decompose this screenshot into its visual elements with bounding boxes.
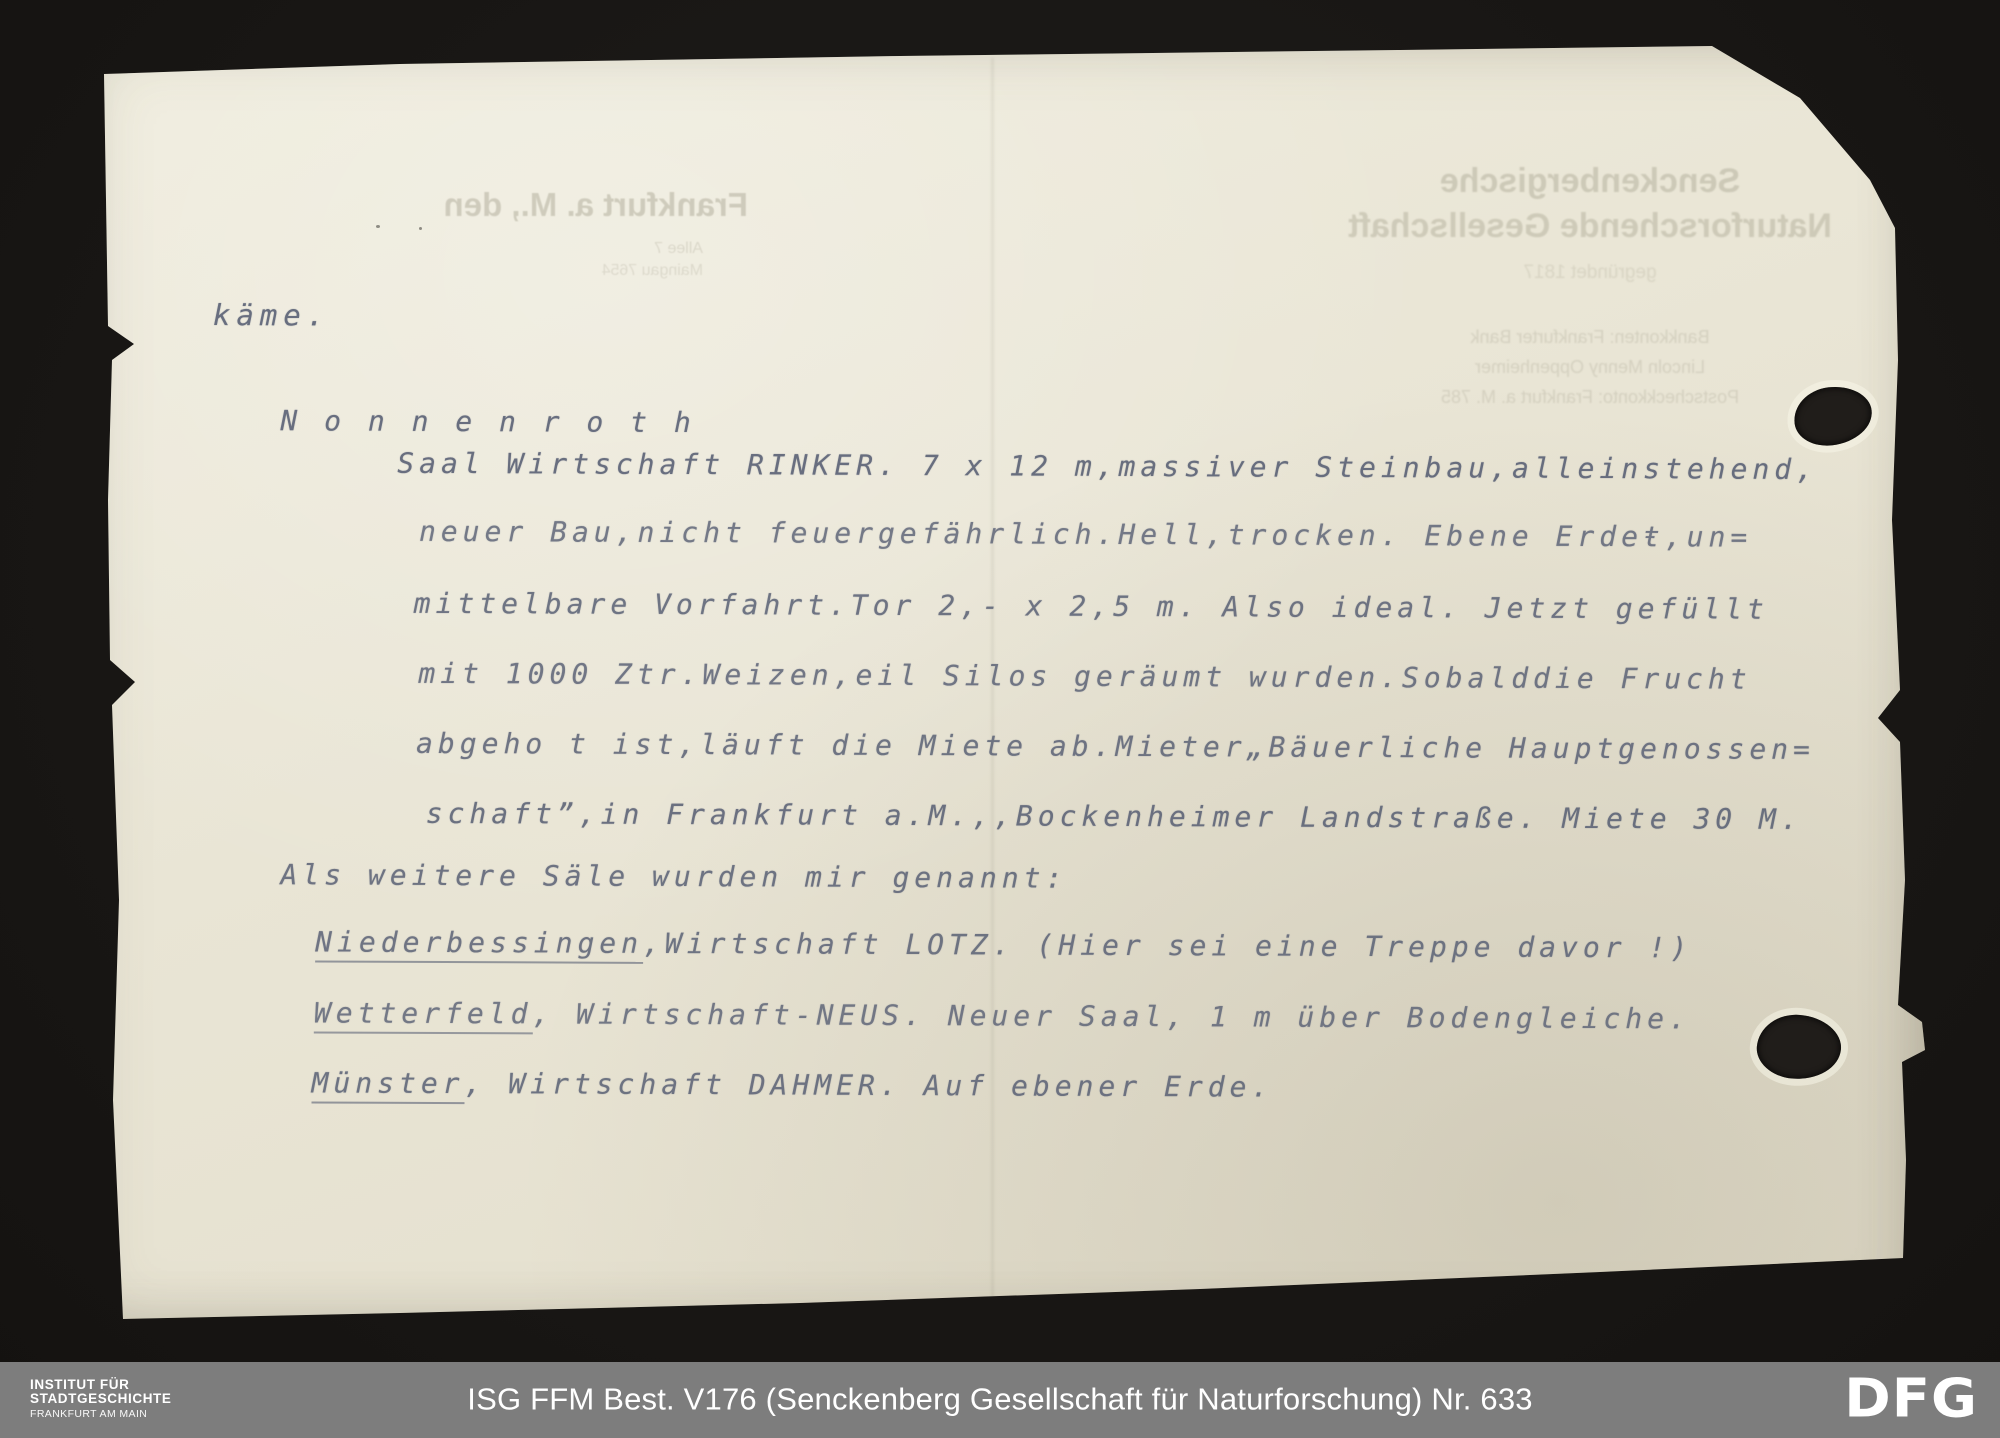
venue-line: Münster, Wirtschaft DAHMER. Auf ebener E… [312,1066,1274,1103]
intro-line: Als weitere Säle wurden mir genannt: [280,858,1067,894]
venue-place: Niederbessingen [315,925,643,963]
document-page: Frankfurt a. M., den Allee 7 Maingau 765… [83,40,1928,1332]
venue-place: Wetterfeld [314,996,533,1034]
scan-background: Frankfurt a. M., den Allee 7 Maingau 765… [0,0,2000,1438]
body-line: abgeho t ist,läuft die Miete ab.Mieter„B… [416,727,1815,766]
body-line: mittelbare Vorfahrt.Tor 2,- x 2,5 m. Als… [414,587,1769,626]
venue-rest: ,Wirtschaft LOTZ. (Hier sei eine Treppe … [643,927,1692,965]
heading-nonnenroth: N o n n e n r o t h [280,404,695,439]
body-line: schaft”,in Frankfurt a.M.,,Bockenheimer … [426,797,1803,836]
body-line: Saal Wirtschaft RINKER. 7 x 12 m,massive… [397,447,1818,486]
venue-rest: , Wirtschaft-NEUS. Neuer Saal, 1 m über … [532,997,1691,1035]
venue-rest: , Wirtschaft DAHMER. Auf ebener Erde. [465,1067,1274,1104]
venue-line: Niederbessingen,Wirtschaft LOTZ. (Hier s… [315,925,1692,964]
archive-caption: ISG FFM Best. V176 (Senckenberg Gesellsc… [0,1381,2000,1417]
typewritten-text: käme. N o n n e n r o t h Saal Wirtschaf… [78,39,1929,1339]
venue-line: Wetterfeld, Wirtschaft-NEUS. Neuer Saal,… [314,996,1691,1035]
body-line: mit 1000 Ztr.Weizen,eil Silos geräumt wu… [418,657,1751,696]
body-line: neuer Bau,nicht feuergefährlich.Hell,tro… [419,515,1752,554]
dfg-logo: DFG [1844,1368,1978,1430]
venue-place: Münster [311,1066,464,1104]
footer-bar: INSTITUT FÜR STADTGESCHICHTE FRANKFURT A… [0,1362,2000,1438]
text-line-kaeme: käme. [213,298,330,333]
